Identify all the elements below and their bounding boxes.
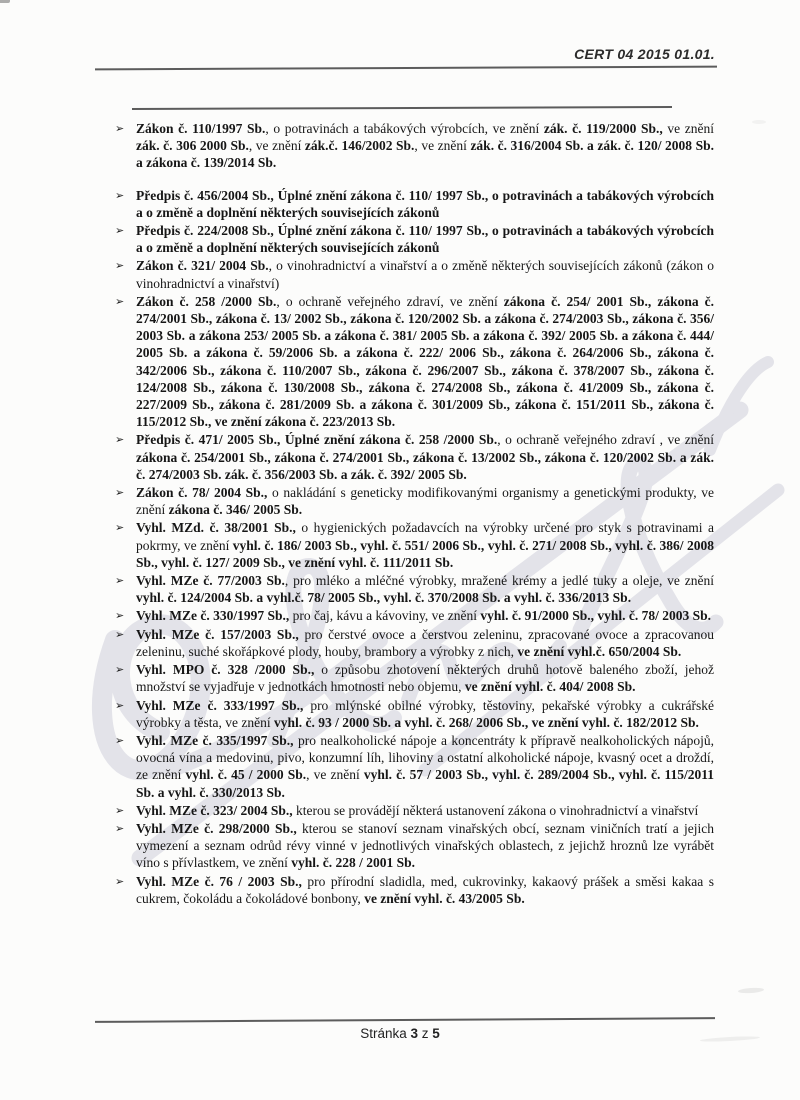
text-segment: Vyhl. MZe č. 333/1997 Sb., — [136, 698, 303, 713]
text-segment: Vyhl. MZe č. 76 / 2003 Sb., — [136, 874, 302, 889]
law-item-text: Zákon č. 78/ 2004 Sb., o nakládání s gen… — [136, 485, 714, 517]
law-item-text: Zákon č. 258 /2000 Sb., o ochraně veřejn… — [136, 294, 714, 429]
law-list-item: ➢Vyhl. MZe č. 298/2000 Sb., kterou se st… — [114, 820, 714, 872]
text-segment: vyhl. č. 228 / 2001 Sb. — [291, 855, 415, 870]
page-number-label: Stránka 3 z 5 — [0, 1026, 800, 1041]
law-list-item: ➢Vyhl. MZe č. 333/1997 Sb., pro mlýnské … — [114, 697, 714, 731]
bullet-arrow-icon: ➢ — [115, 732, 124, 749]
text-segment: Vyhl. MZe č. 323/ 2004 Sb., — [136, 803, 293, 818]
text-segment: zákona č. 254/2001 Sb., zákona č. 274/20… — [136, 450, 714, 482]
bullet-arrow-icon: ➢ — [115, 802, 124, 819]
text-segment: Vyhl. MZe č. 335/1997 Sb., — [136, 733, 294, 748]
text-segment: Zákon č. 321/ 2004 Sb. — [136, 258, 269, 273]
law-list-item: ➢Vyhl. MZd. č. 38/2001 Sb., o hygienický… — [114, 519, 714, 571]
text-segment: zák.č. 146/2002 Sb. — [305, 138, 415, 153]
text-segment: vyhl. č. 124/2004 Sb. a vyhl.č. 78/ 2005… — [136, 590, 631, 605]
law-list-item: ➢Předpis č. 471/ 2005 Sb., Úplné znění z… — [114, 431, 714, 483]
text-segment: Vyhl. MZe č. 77/2003 Sb. — [136, 573, 285, 588]
law-item-text: Vyhl. MPO č. 328 /2000 Sb., o způsobu zh… — [136, 662, 714, 694]
bullet-arrow-icon: ➢ — [115, 607, 124, 624]
law-item-text: Zákon č. 110/1997 Sb., o potravinách a t… — [136, 121, 714, 170]
bullet-arrow-icon: ➢ — [115, 820, 124, 837]
bullet-arrow-icon: ➢ — [115, 222, 124, 239]
law-list-item: ➢Vyhl. MZe č. 330/1997 Sb., pro čaj, káv… — [114, 607, 714, 624]
law-list-item: ➢Vyhl. MZe č. 157/2003 Sb., pro čerstvé … — [114, 626, 714, 660]
law-item-text: Vyhl. MZd. č. 38/2001 Sb., o hygienickýc… — [136, 520, 714, 569]
bullet-arrow-icon: ➢ — [115, 120, 124, 137]
text-segment: 3 — [410, 1026, 418, 1041]
document-code: CERT 04 2015 01.01. — [574, 46, 715, 62]
bullet-arrow-icon: ➢ — [115, 626, 124, 643]
law-item-text: Vyhl. MZe č. 76 / 2003 Sb., pro přírodní… — [136, 874, 714, 906]
header-rule — [95, 66, 717, 71]
text-segment: Vyhl. MZd. č. 38/2001 Sb., — [136, 520, 296, 535]
scan-speckle — [752, 120, 766, 124]
text-segment: ve znění vyhl. č. 404/ 2008 Sb. — [465, 679, 636, 694]
text-segment: , ve znění — [414, 138, 470, 153]
law-list-item: ➢Zákon č. 78/ 2004 Sb., o nakládání s ge… — [114, 484, 714, 518]
law-item-text: Vyhl. MZe č. 77/2003 Sb., pro mléko a ml… — [136, 573, 714, 605]
text-segment: vyhl. č. 91/2000 Sb., vyhl. č. 78/ 2003 … — [480, 608, 711, 623]
bullet-arrow-icon: ➢ — [115, 661, 124, 678]
text-segment: zákona č. 254/ 2001 Sb., zákona č. 274/2… — [136, 294, 714, 429]
text-segment: Zákon č. 258 /2000 Sb. — [136, 294, 276, 309]
text-segment: ve znění vyhl.č. 650/2004 Sb. — [517, 644, 681, 659]
bullet-arrow-icon: ➢ — [115, 484, 124, 501]
text-segment: Zákon č. 78/ 2004 Sb., — [136, 485, 267, 500]
text-segment: , o potravinách a tabákových výrobcích, … — [265, 121, 543, 136]
text-segment: ve znění vyhl. č. 43/2005 Sb. — [364, 891, 525, 906]
text-segment: zák. č. 306 2000 Sb. — [136, 138, 249, 153]
bullet-arrow-icon: ➢ — [115, 293, 124, 310]
text-segment: pro čaj, kávu a kávoviny, ve znění — [289, 608, 480, 623]
text-segment: , o ochraně veřejného zdraví, ve znění — [276, 294, 503, 309]
text-segment: vyhl. č. 45 / 2000 Sb. — [185, 767, 306, 782]
law-item-text: Předpis č. 471/ 2005 Sb., Úplné znění zá… — [136, 432, 714, 481]
text-segment: Stránka — [360, 1026, 410, 1041]
text-segment: zákona č. 346/ 2005 Sb. — [169, 502, 303, 517]
text-segment: Předpis č. 456/2004 Sb., Úplné znění zák… — [136, 188, 714, 220]
bullet-arrow-icon: ➢ — [115, 431, 124, 448]
scan-edge-artifact — [0, 0, 10, 3]
law-list: ➢Zákon č. 110/1997 Sb., o potravinách a … — [114, 120, 714, 908]
text-segment: kterou se provádějí některá ustanovení z… — [293, 803, 699, 818]
text-segment: Vyhl. MZe č. 157/2003 Sb., — [136, 627, 299, 642]
text-segment: Předpis č. 471/ 2005 Sb., Úplné znění zá… — [136, 432, 497, 447]
law-item-text: Vyhl. MZe č. 323/ 2004 Sb., kterou se pr… — [136, 803, 698, 818]
text-segment: ve znění — [663, 121, 714, 136]
text-segment: , ve znění — [249, 138, 305, 153]
text-segment: Vyhl. MZe č. 298/2000 Sb., — [136, 821, 297, 836]
law-list-item: ➢Předpis č. 456/2004 Sb., Úplné znění zá… — [114, 187, 714, 221]
bullet-arrow-icon: ➢ — [115, 257, 124, 274]
law-item-text: Vyhl. MZe č. 330/1997 Sb., pro čaj, kávu… — [136, 608, 711, 623]
scanned-document-page: CERT 04 2015 01.01. ➢Zákon č. 110/1997 S… — [0, 0, 800, 1100]
scan-speckle — [738, 987, 764, 994]
law-item-text: Zákon č. 321/ 2004 Sb., o vinohradnictví… — [136, 258, 714, 290]
text-segment: , pro mléko a mléčné výrobky, mražené kr… — [285, 573, 714, 588]
law-list-item: ➢Předpis č. 224/2008 Sb., Úplné znění zá… — [114, 222, 714, 256]
text-segment: Vyhl. MPO č. 328 /2000 Sb., — [136, 662, 314, 677]
law-item-text: Předpis č. 456/2004 Sb., Úplné znění zák… — [136, 188, 714, 220]
bullet-arrow-icon: ➢ — [115, 572, 124, 589]
law-list-item: ➢Zákon č. 258 /2000 Sb., o ochraně veřej… — [114, 293, 714, 431]
bullet-arrow-icon: ➢ — [115, 519, 124, 536]
law-list-item: ➢Vyhl. MZe č. 323/ 2004 Sb., kterou se p… — [114, 802, 714, 819]
text-segment: Vyhl. MZe č. 330/1997 Sb., — [136, 608, 289, 623]
text-segment: zák. č. 119/2000 Sb., — [544, 121, 663, 136]
text-segment: Předpis č. 224/2008 Sb., Úplné znění zák… — [136, 223, 714, 255]
sub-header-rule — [132, 106, 672, 110]
text-segment: z — [418, 1026, 432, 1041]
text-segment: , o ochraně veřejného zdraví , ve znění — [497, 432, 714, 447]
law-item-text: Vyhl. MZe č. 157/2003 Sb., pro čerstvé o… — [136, 627, 714, 659]
law-item-text: Vyhl. MZe č. 333/1997 Sb., pro mlýnské o… — [136, 698, 714, 730]
law-list-item: ➢Vyhl. MZe č. 76 / 2003 Sb., pro přírodn… — [114, 873, 714, 907]
law-list-item: ➢Vyhl. MZe č. 77/2003 Sb., pro mléko a m… — [114, 572, 714, 606]
text-segment: vyhl. č. 93 / 2000 Sb. a vyhl. č. 268/ 2… — [274, 715, 699, 730]
law-list-item: ➢Zákon č. 321/ 2004 Sb., o vinohradnictv… — [114, 257, 714, 291]
bullet-arrow-icon: ➢ — [115, 187, 124, 204]
law-list-item: ➢Vyhl. MPO č. 328 /2000 Sb., o způsobu z… — [114, 661, 714, 695]
text-segment: 5 — [432, 1026, 440, 1041]
law-list-item: ➢Vyhl. MZe č. 335/1997 Sb., pro nealkoho… — [114, 732, 714, 801]
law-item-text: Vyhl. MZe č. 335/1997 Sb., pro nealkohol… — [136, 733, 714, 800]
text-segment: , ve znění — [306, 767, 364, 782]
bullet-arrow-icon: ➢ — [115, 697, 124, 714]
text-segment: Zákon č. 110/1997 Sb. — [136, 121, 265, 136]
law-item-text: Vyhl. MZe č. 298/2000 Sb., kterou se sta… — [136, 821, 714, 870]
law-item-text: Předpis č. 224/2008 Sb., Úplné znění zák… — [136, 223, 714, 255]
bullet-arrow-icon: ➢ — [115, 873, 124, 890]
law-list-item: ➢Zákon č. 110/1997 Sb., o potravinách a … — [114, 120, 714, 172]
footer-rule — [95, 1017, 715, 1023]
